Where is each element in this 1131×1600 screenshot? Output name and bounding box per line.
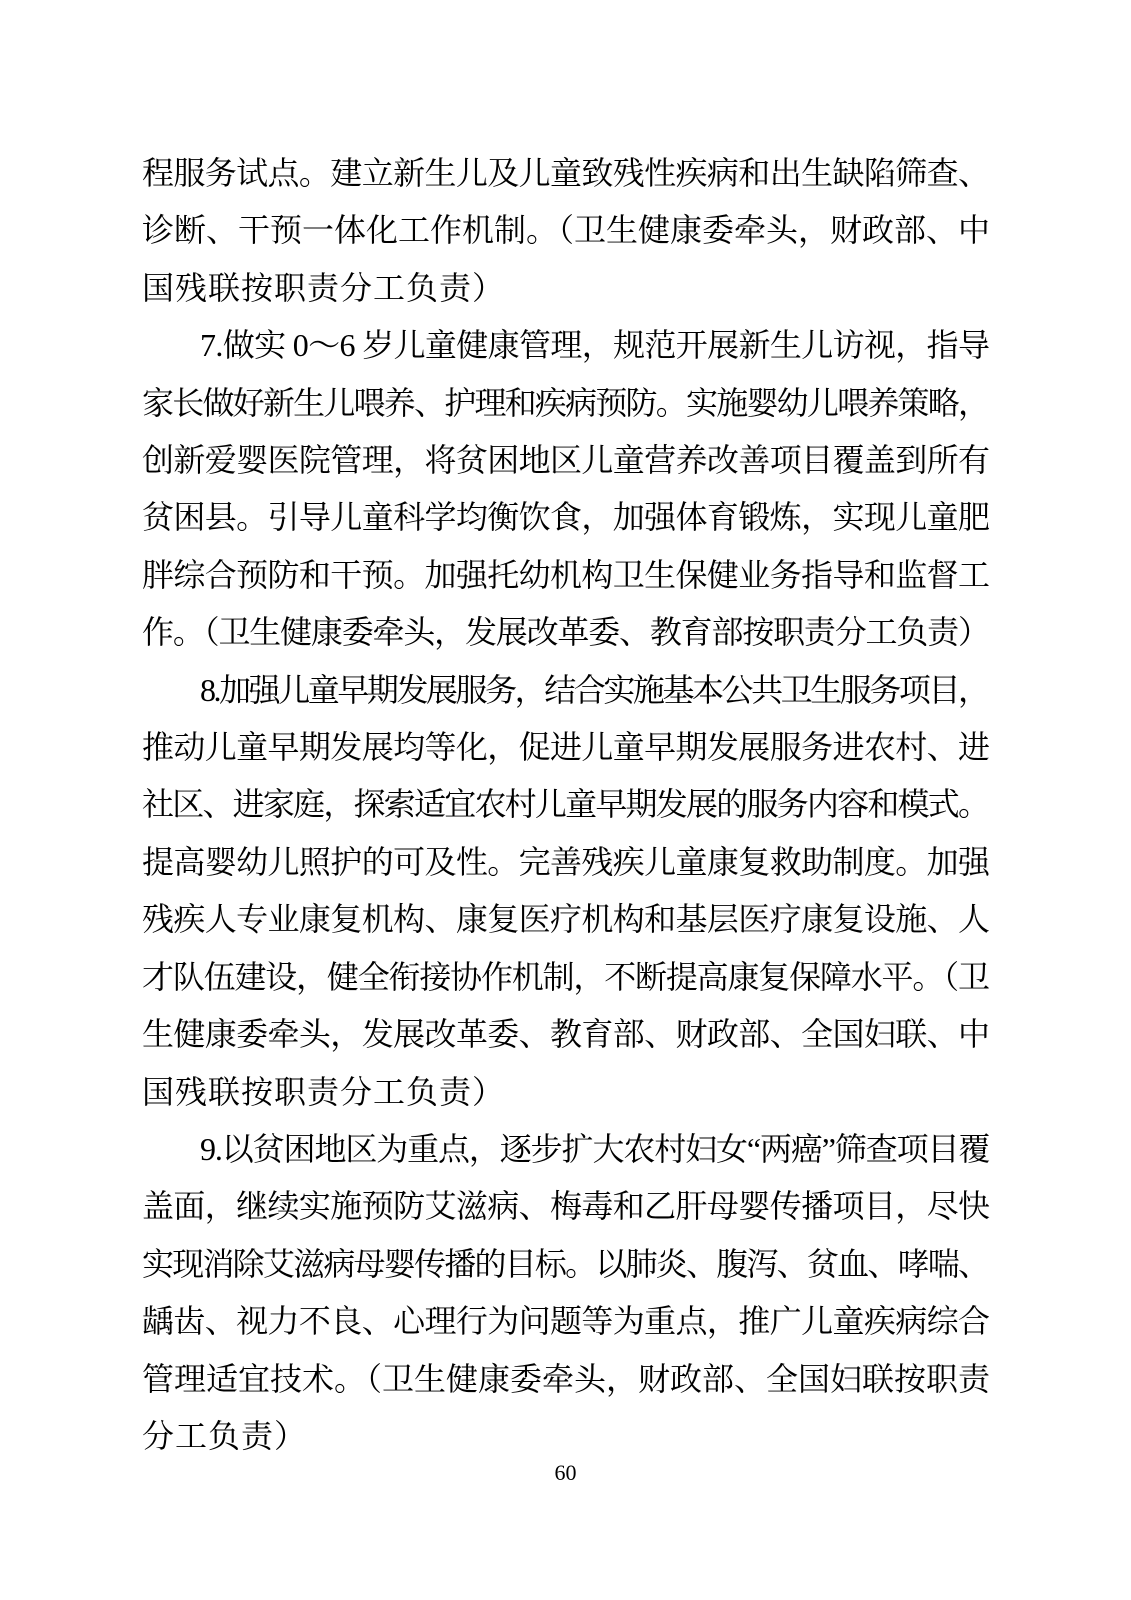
text-line: 程服务试点。建立新生儿及儿童致残性疾病和出生缺陷筛查、 — [142, 145, 990, 202]
text-line: 分工负责） — [142, 1408, 990, 1465]
text-line: 社区、进家庭，探索适宜农村儿童早期发展的服务内容和模式。 — [142, 776, 990, 833]
text-line: 才队伍建设，健全衔接协作机制，不断提高康复保障水平。（卫 — [142, 949, 990, 1006]
text-line: 家长做好新生儿喂养、护理和疾病预防。实施婴幼儿喂养策略， — [142, 375, 990, 432]
text-line: 作。（卫生健康委牵头，发展改革委、教育部按职责分工负责） — [142, 604, 990, 661]
text-line: 提高婴幼儿照护的可及性。完善残疾儿童康复救助制度。加强 — [142, 834, 990, 891]
text-line: 国残联按职责分工负责） — [142, 260, 990, 317]
text-line: 胖综合预防和干预。加强托幼机构卫生保健业务指导和监督工 — [142, 547, 990, 604]
text-line: 实现消除艾滋病母婴传播的目标。以肺炎、腹泻、贫血、哮喘、 — [142, 1236, 990, 1293]
text-line: 龋齿、视力不良、心理行为问题等为重点，推广儿童疾病综合 — [142, 1293, 990, 1350]
text-line: 7.做实 0～6 岁儿童健康管理，规范开展新生儿访视，指导 — [142, 317, 990, 374]
text-line: 贫困县。引导儿童科学均衡饮食，加强体育锻炼，实现儿童肥 — [142, 489, 990, 546]
text-line: 诊断、干预一体化工作机制。（卫生健康委牵头，财政部、中 — [142, 202, 990, 259]
text-line: 9.以贫困地区为重点，逐步扩大农村妇女“两癌”筛查项目覆 — [142, 1121, 990, 1178]
text-line: 推动儿童早期发展均等化，促进儿童早期发展服务进农村、进 — [142, 719, 990, 776]
text-line: 管理适宜技术。（卫生健康委牵头，财政部、全国妇联按职责 — [142, 1351, 990, 1408]
page-number: 60 — [0, 1460, 1131, 1486]
page-body: 程服务试点。建立新生儿及儿童致残性疾病和出生缺陷筛查、诊断、干预一体化工作机制。… — [142, 145, 990, 1465]
text-line: 国残联按职责分工负责） — [142, 1064, 990, 1121]
text-line: 盖面，继续实施预防艾滋病、梅毒和乙肝母婴传播项目，尽快 — [142, 1178, 990, 1235]
text-line: 8.加强儿童早期发展服务，结合实施基本公共卫生服务项目， — [142, 662, 990, 719]
document-page: 程服务试点。建立新生儿及儿童致残性疾病和出生缺陷筛查、诊断、干预一体化工作机制。… — [0, 0, 1131, 1600]
text-line: 残疾人专业康复机构、康复医疗机构和基层医疗康复设施、人 — [142, 891, 990, 948]
text-line: 创新爱婴医院管理，将贫困地区儿童营养改善项目覆盖到所有 — [142, 432, 990, 489]
text-line: 生健康委牵头，发展改革委、教育部、财政部、全国妇联、中 — [142, 1006, 990, 1063]
